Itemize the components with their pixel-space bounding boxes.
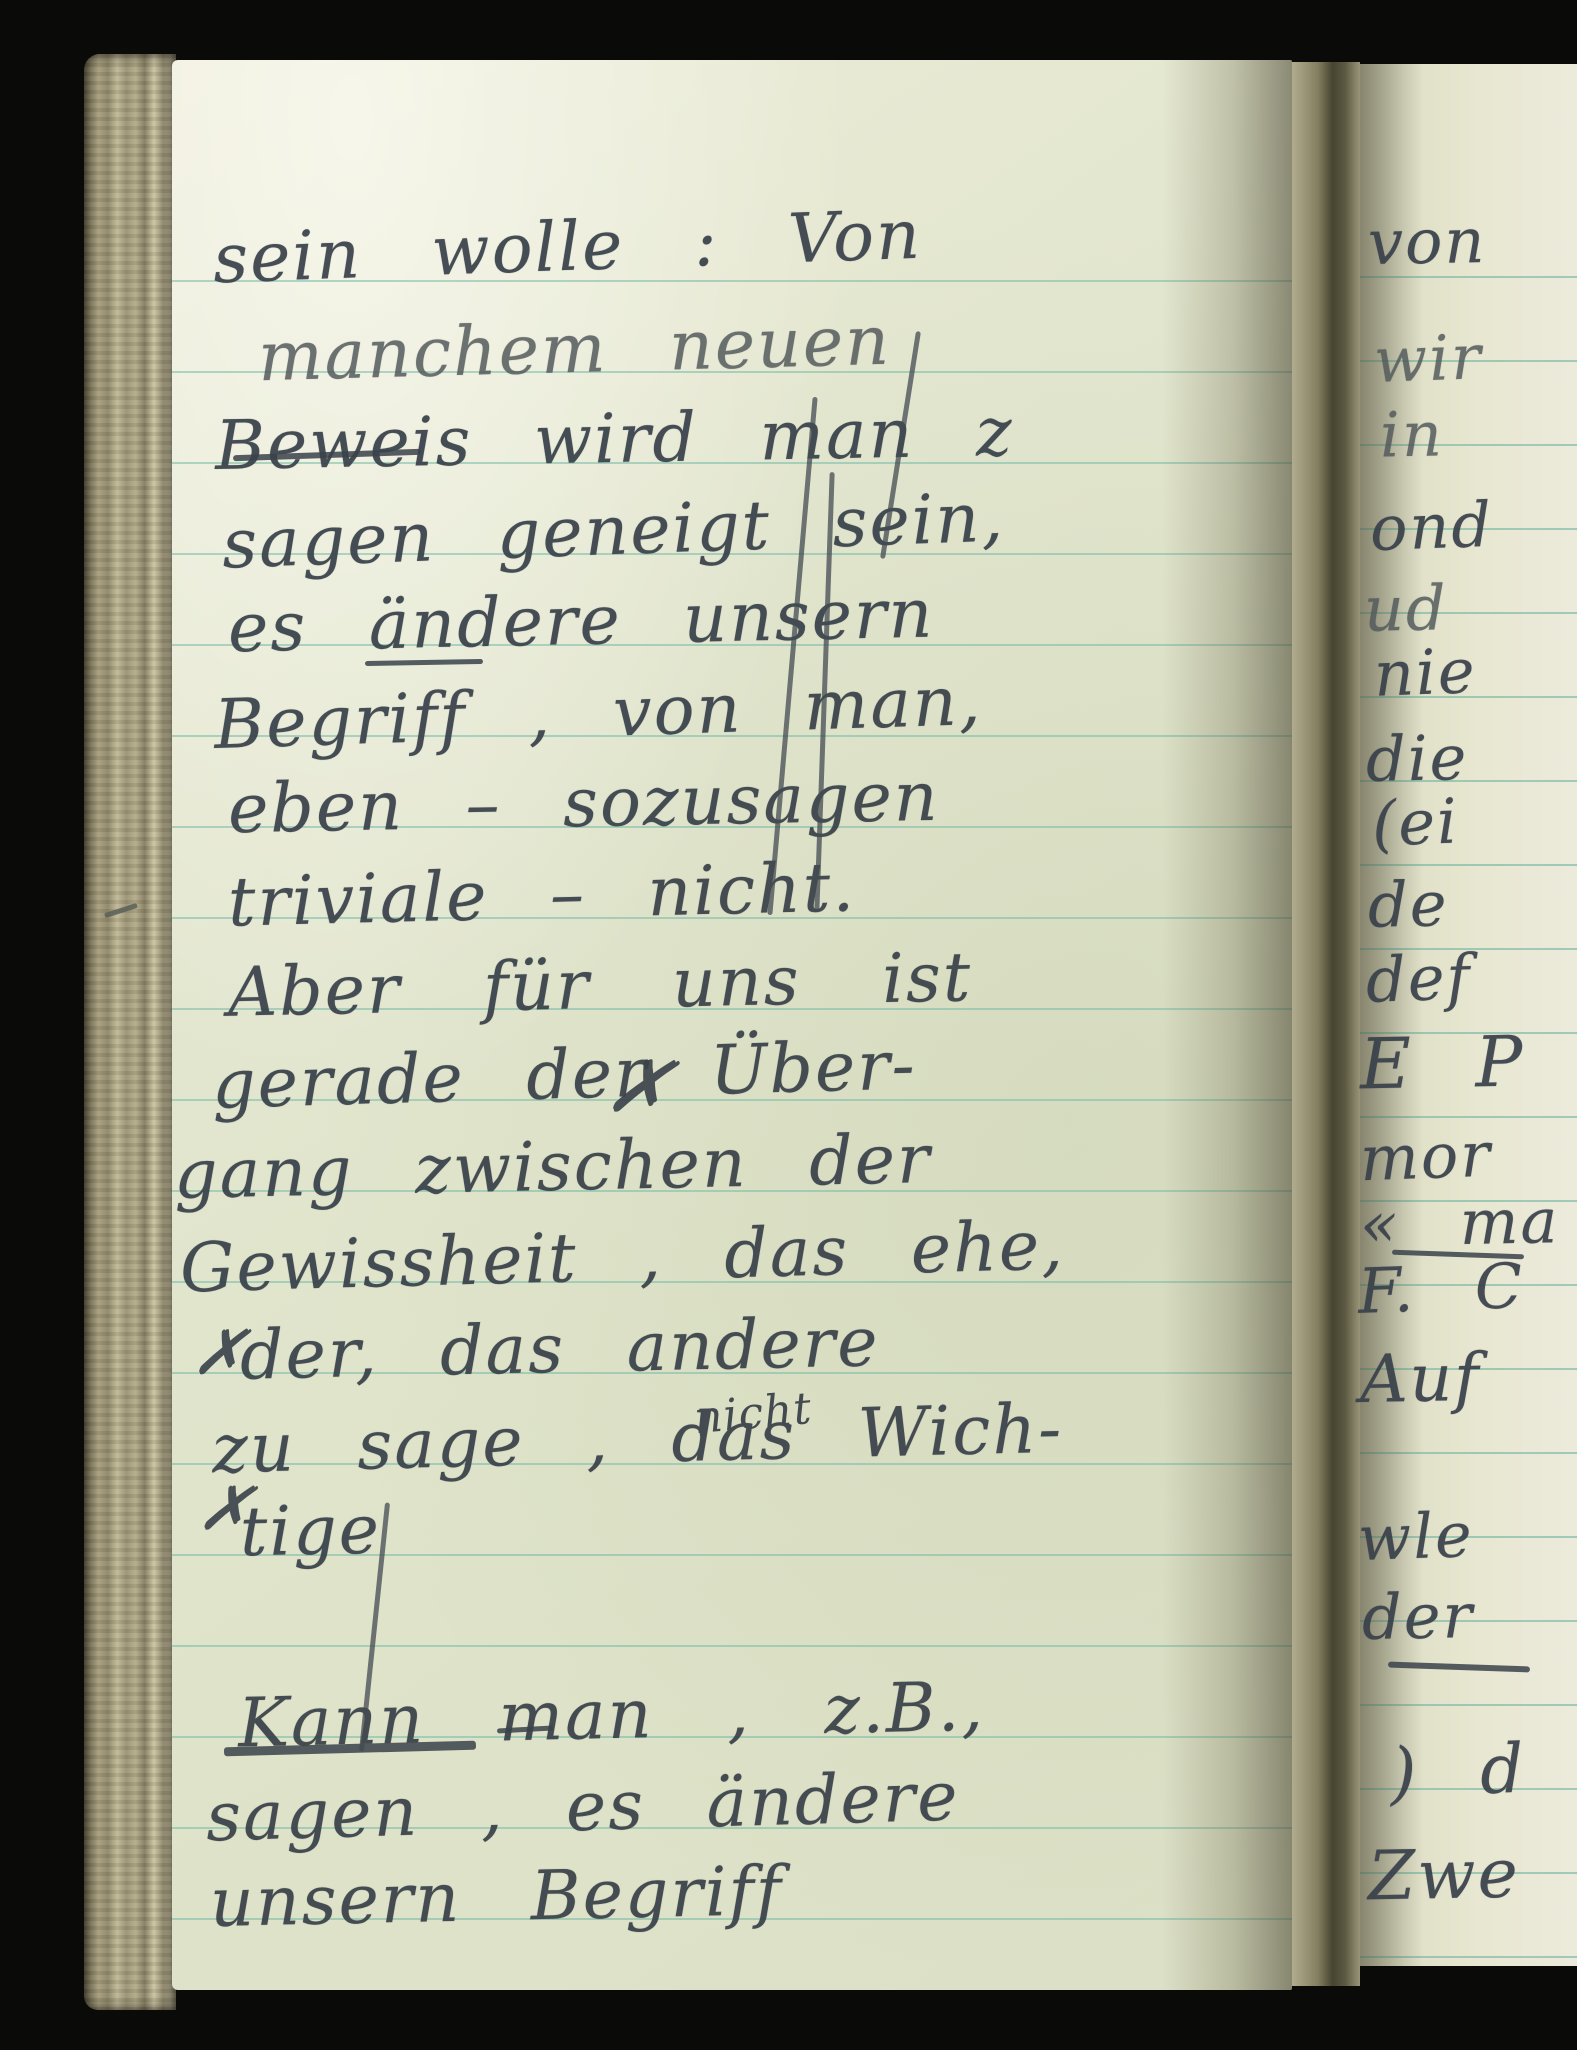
handwriting-fragment: ) d	[1389, 1730, 1527, 1814]
handwriting-fragment: nie	[1373, 634, 1478, 711]
handwriting-line: unsern Begriff	[209, 1852, 784, 1943]
insertion-mark: ✗	[600, 1036, 679, 1137]
insertion-mark: ✗	[194, 1467, 257, 1549]
handwriting-line: manchem neuen	[257, 302, 892, 398]
handwriting-line: eben – sozusagen	[227, 758, 940, 849]
page-edge-stack	[84, 54, 176, 2010]
handwriting-fragment: (ei	[1371, 785, 1460, 861]
scanned-notebook-photo: sein wolle : Von manchem neuen Beweis wi…	[0, 0, 1577, 2050]
insertion-mark: ✗	[189, 1312, 250, 1393]
handwriting-fragment: wir	[1373, 320, 1484, 397]
handwriting-fragment: Zwe	[1367, 1835, 1520, 1917]
gutter-shadow	[1162, 60, 1292, 1990]
handwriting-line: Aber für uns ist	[227, 938, 973, 1033]
handwriting-fragment: Auf	[1359, 1339, 1481, 1418]
handwriting-fragment: E P	[1359, 1021, 1525, 1106]
handwriting-fragment: von	[1367, 204, 1487, 279]
handwriting-fragment: F. C	[1357, 1249, 1526, 1328]
handwriting-line: gang zwischen der	[173, 1120, 932, 1215]
handwriting-fragment: wle	[1357, 1498, 1475, 1575]
inserted-word: nicht	[692, 1383, 814, 1444]
handwriting-fragment: ond	[1369, 488, 1494, 565]
book-gutter	[1292, 62, 1360, 1986]
handwriting-fragment: ud	[1363, 571, 1448, 645]
handwriting-fragment: « ma	[1359, 1184, 1560, 1260]
handwriting-line: triviale – nicht.	[227, 848, 857, 942]
handwriting-fragment: def	[1365, 940, 1473, 1017]
handwriting-fragment: de	[1367, 867, 1449, 941]
handwriting-line: tige	[239, 1491, 381, 1572]
handwriting-fragment: mor	[1359, 1118, 1493, 1196]
handwriting-fragment: der	[1361, 1579, 1474, 1654]
handwriting-fragment: in	[1379, 397, 1444, 471]
handwriting-line: der, das andere	[239, 1303, 880, 1395]
